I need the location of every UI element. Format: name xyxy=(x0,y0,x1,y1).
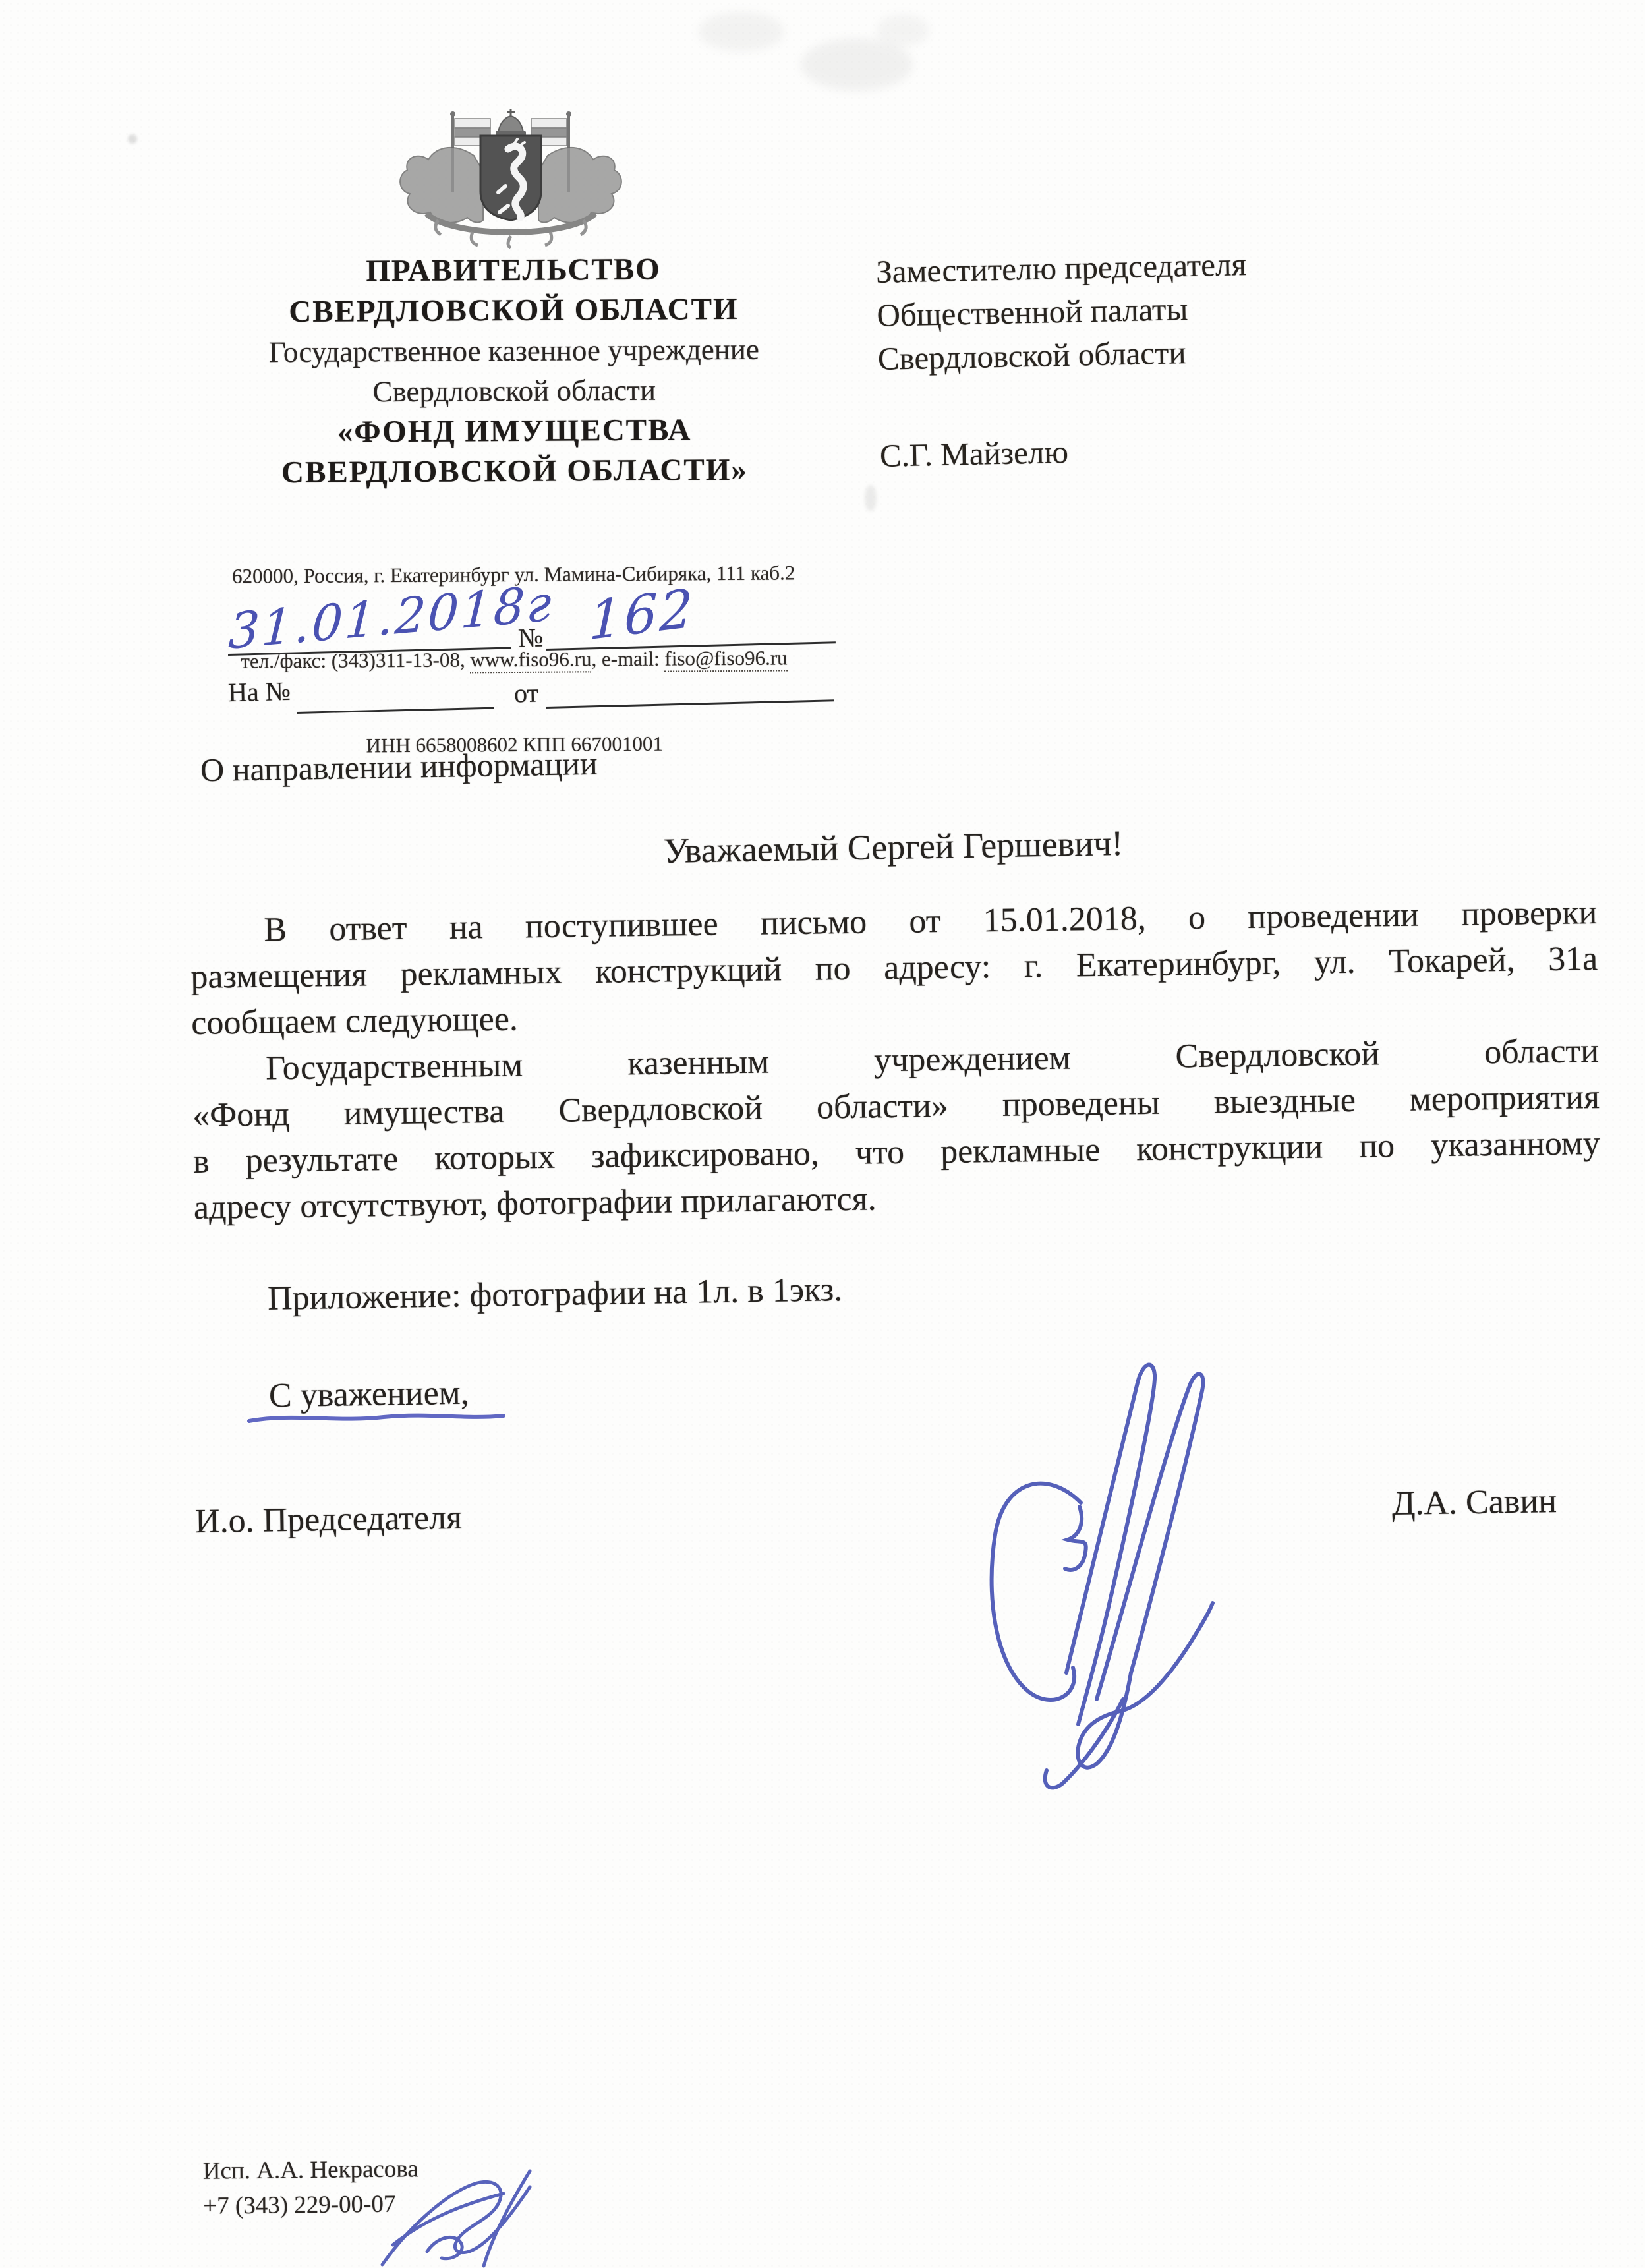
in-reply-to-label: На № xyxy=(227,676,291,708)
pen-underline xyxy=(245,1409,507,1430)
org-name-line2: СВЕРДЛОВСКОЙ ОБЛАСТИ xyxy=(105,288,922,334)
coat-of-arms-sverdlovsk-oblast xyxy=(392,105,629,249)
recipient-title-line2: Общественной палаты xyxy=(877,286,1248,337)
org-fund-line1: «ФОНД ИМУЩЕСТВА xyxy=(105,409,923,454)
recipient-block: Заместителю председателя Общественной па… xyxy=(875,243,1250,478)
crown xyxy=(496,109,526,136)
handwritten-outgoing-number: 162 xyxy=(589,577,695,653)
scan-smudge xyxy=(699,12,784,51)
subject-line: О направлении информации xyxy=(200,744,598,790)
scan-smudge xyxy=(877,15,929,46)
letter-body: В ответ на поступившее письмо от 15.01.2… xyxy=(190,890,1601,1231)
email-label-text: , e-mail: xyxy=(591,647,664,671)
from-date-label: от xyxy=(513,678,538,709)
org-type-line2: Свердловской области xyxy=(105,368,923,414)
org-name-line1: ПРАВИТЕЛЬСТВО xyxy=(105,248,922,293)
scan-smudge xyxy=(128,134,137,144)
footer-scribble-ink xyxy=(364,2165,617,2268)
signature-ink xyxy=(967,1330,1221,1795)
attachment-line: Приложение: фотографии на 1л. в 1экз. xyxy=(268,1270,843,1318)
recipient-title-line3: Свердловской области xyxy=(877,330,1248,381)
scanned-letter-page: ПРАВИТЕЛЬСТВО СВЕРДЛОВСКОЙ ОБЛАСТИ Госуд… xyxy=(0,0,1645,2268)
scan-smudge xyxy=(801,38,913,91)
letterhead-block: ПРАВИТЕЛЬСТВО СВЕРДЛОВСКОЙ ОБЛАСТИ Госуд… xyxy=(105,248,923,494)
recipient-name: С.Г. Майзелю xyxy=(879,426,1250,478)
signer-position: И.о. Председателя xyxy=(195,1498,463,1541)
number-sign-label: № xyxy=(517,622,543,654)
email-link-text: fiso@fiso96.ru xyxy=(664,646,787,672)
signer-name: Д.А. Савин xyxy=(1392,1482,1557,1523)
right-griffin xyxy=(538,148,621,223)
org-fund-line2: СВЕРДЛОВСКОЙ ОБЛАСТИ» xyxy=(106,449,923,494)
recipient-title-line1: Заместителю председателя xyxy=(875,243,1246,294)
greeting-line: Уважаемый Сергей Гершевич! xyxy=(190,814,1598,879)
org-type-line1: Государственное казенное учреждение xyxy=(105,328,923,374)
left-griffin xyxy=(400,148,483,223)
